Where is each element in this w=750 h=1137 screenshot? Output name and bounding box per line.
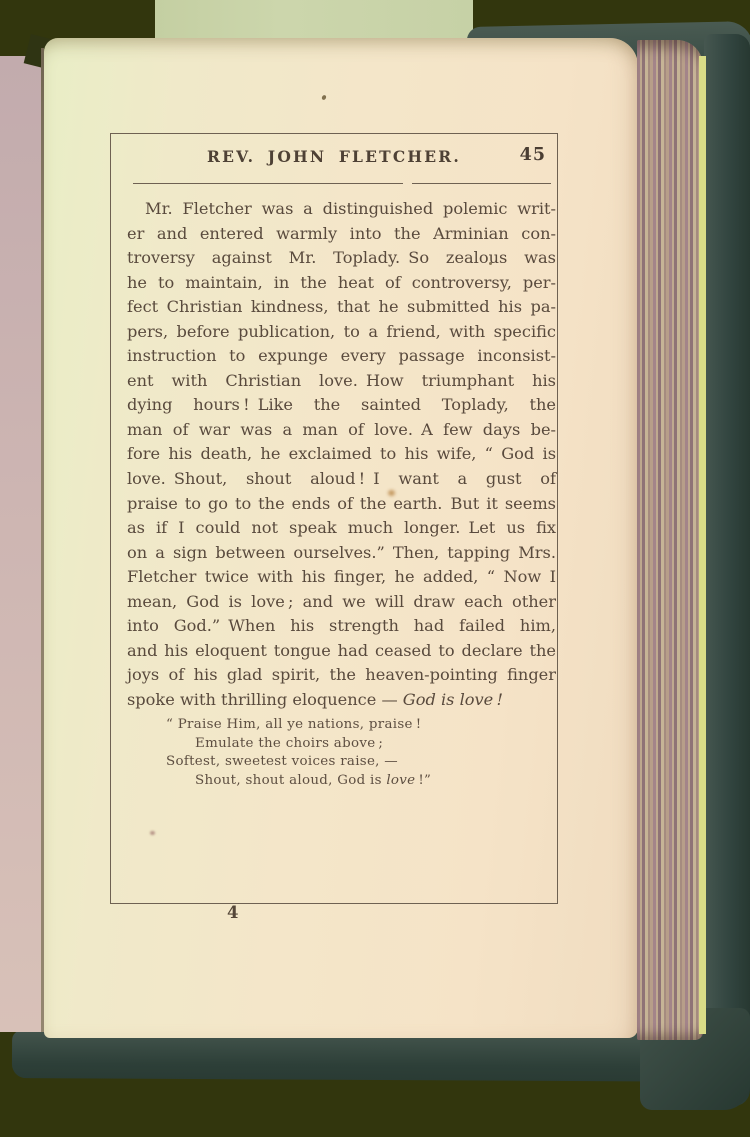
page-fore-edge [637,40,703,1040]
endpaper-edge [699,56,706,1034]
running-header-title: REV. JOHN FLETCHER. [111,147,557,166]
body-line: spoke with thrilling eloquence — God is … [127,688,556,713]
body-line: joys of his glad spirit, the heaven-poin… [127,663,556,688]
body-line: troversy against Mr. Toplady. So zealous… [127,246,556,271]
body-line: instruction to expunge every passage inc… [127,344,556,369]
body-line: dying hours ! Like the sainted Toplady, … [127,393,556,418]
printed-border-box: REV. JOHN FLETCHER. 45 Mr. Fletcher was … [110,133,558,904]
verse-line: Softest, sweetest voices raise, — [166,753,431,772]
paper-speck [150,831,155,835]
body-line: he to maintain, in the heat of controver… [127,271,556,296]
verse-line: Shout, shout aloud, God is love !” [166,772,431,791]
body-line: er and entered warmly into the Arminian … [127,222,556,247]
verse-quote: “ Praise Him, all ye nations, praise !Em… [166,716,431,791]
body-line: praise to go to the ends of the earth. B… [127,492,556,517]
body-line: love. Shout, shout aloud ! I want a gust… [127,467,556,492]
paper-stain [388,490,395,496]
body-line: mean, God is love ; and we will draw eac… [127,590,556,615]
body-line: man of war was a man of love. A few days… [127,418,556,443]
facing-page-edge [0,56,41,1032]
book-scan: REV. JOHN FLETCHER. 45 Mr. Fletcher was … [0,0,750,1137]
verse-line: Emulate the choirs above ; [166,735,431,754]
body-line: into God.” When his strength had failed … [127,614,556,639]
header-rule-right [412,183,551,184]
body-line: on a sign between ourselves.” Then, tapp… [127,541,556,566]
header-rule [133,183,551,184]
body-line: and his eloquent tongue had ceased to de… [127,639,556,664]
body-line: ent with Christian love. How triumphant … [127,369,556,394]
paper-speck [321,94,327,100]
header-rule-left [133,183,403,184]
body-line: Fletcher twice with his finger, he added… [127,565,556,590]
body-line: pers, before publication, to a friend, w… [127,320,556,345]
page-number: 45 [520,145,546,165]
verse-line: “ Praise Him, all ye nations, praise ! [166,716,431,735]
body-line: fore his death, he exclaimed to his wife… [127,442,556,467]
paper-speck [489,262,492,265]
body-line: Mr. Fletcher was a distinguished polemic… [127,197,556,222]
body-line: as if I could not speak much longer. Let… [127,516,556,541]
book-cover-right [704,34,750,1106]
body-line: fect Christian kindness, that he submitt… [127,295,556,320]
signature-mark: 4 [227,903,238,922]
body-paragraph: Mr. Fletcher was a distinguished polemic… [127,197,556,712]
